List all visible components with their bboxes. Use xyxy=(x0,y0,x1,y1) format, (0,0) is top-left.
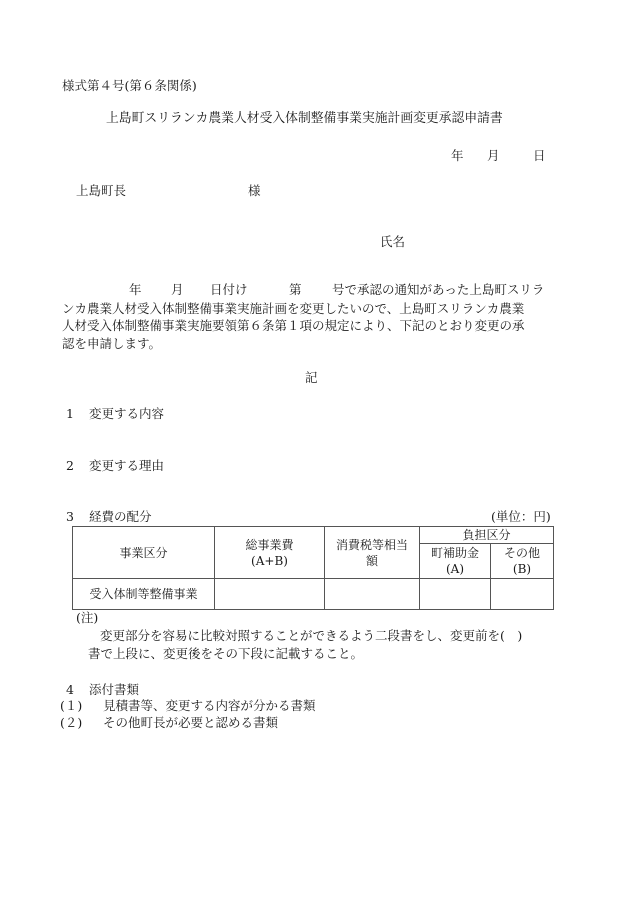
section-4-label: 添付書類 xyxy=(89,684,139,697)
header-total-line2: (A+B) xyxy=(215,553,324,569)
note-label: (注) xyxy=(76,612,98,625)
header-subsidy-line1: 町補助金 xyxy=(420,545,490,561)
section-3-number: 3 xyxy=(66,511,74,524)
header-other-line2: (B) xyxy=(491,561,553,577)
body-line2: ンカ農業人材受入体制整備事業実施計画を変更したいので、上島町スリランカ農業 xyxy=(62,300,562,318)
header-tax: 消費税等相当 額 xyxy=(325,527,420,579)
body-month: 月 xyxy=(171,284,184,297)
cell-total[interactable] xyxy=(215,579,325,610)
attachment-1-label: 見積書等、変更する内容が分かる書類 xyxy=(103,700,316,713)
section-1-number: 1 xyxy=(66,408,74,421)
header-category: 事業区分 xyxy=(73,527,215,579)
section-2-number: 2 xyxy=(66,460,74,473)
date-month: 月 xyxy=(487,150,500,163)
addressee-honorific: 様 xyxy=(248,185,261,198)
date-year: 年 xyxy=(451,150,464,163)
attachment-1-number: (１) xyxy=(60,700,82,713)
section-4-number: 4 xyxy=(66,684,74,697)
document-title: 上島町スリランカ農業人材受入体制整備事業実施計画変更承認申請書 xyxy=(106,113,503,126)
addressee-name: 上島町長 xyxy=(76,185,126,198)
table-row: 受入体制等整備事業 xyxy=(73,579,554,610)
body-line1-text: 号で承認の通知があった上島町スリラ xyxy=(332,284,544,297)
cost-allocation-table: 事業区分 総事業費 (A+B) 消費税等相当 額 負担区分 町補助金 (A) そ… xyxy=(72,526,554,610)
section-3-label: 経費の配分 xyxy=(89,511,152,524)
body-year: 年 xyxy=(129,284,142,297)
cell-subsidy[interactable] xyxy=(420,579,491,610)
body-line3: 人材受入体制整備事業実施要領第６条第１項の規定により、下記のとおり変更の承 xyxy=(62,317,562,335)
header-subsidy: 町補助金 (A) xyxy=(420,544,491,579)
header-total: 総事業費 (A+B) xyxy=(215,527,325,579)
header-burden: 負担区分 xyxy=(420,527,554,544)
attachment-2-label: その他町長が必要と認める書類 xyxy=(103,717,278,730)
body-dai: 第 xyxy=(289,284,302,297)
unit-label: (単位：円) xyxy=(491,511,551,524)
attachment-2-number: (２) xyxy=(60,717,82,730)
cell-other[interactable] xyxy=(491,579,554,610)
header-tax-line2: 額 xyxy=(325,553,419,569)
cell-tax[interactable] xyxy=(325,579,420,610)
header-tax-line1: 消費税等相当 xyxy=(325,537,419,553)
body-day-dated: 日付け xyxy=(210,284,248,297)
header-other: その他 (B) xyxy=(491,544,554,579)
note-line1: 変更部分を容易に比較対照することができるよう二段書をし、変更前を( ) xyxy=(100,630,522,643)
header-other-line1: その他 xyxy=(491,545,553,561)
header-subsidy-line2: (A) xyxy=(420,561,490,577)
note-line2: 書で上段に、変更後をその下段に記載すること。 xyxy=(88,648,363,661)
cell-category: 受入体制等整備事業 xyxy=(73,579,215,610)
body-line4: 認を申請します。 xyxy=(62,335,562,353)
form-number: 様式第４号(第６条関係) xyxy=(62,80,197,93)
section-2-label: 変更する理由 xyxy=(89,460,164,473)
section-1-label: 変更する内容 xyxy=(89,408,164,421)
date-day: 日 xyxy=(533,150,546,163)
applicant-name-label: 氏名 xyxy=(380,236,405,249)
header-total-line1: 総事業費 xyxy=(215,537,324,553)
body-paragraph: 年 月 日付け 第 号で承認の通知があった上島町スリラ ンカ農業人材受入体制整備… xyxy=(62,282,562,352)
ki-heading: 記 xyxy=(305,372,318,385)
